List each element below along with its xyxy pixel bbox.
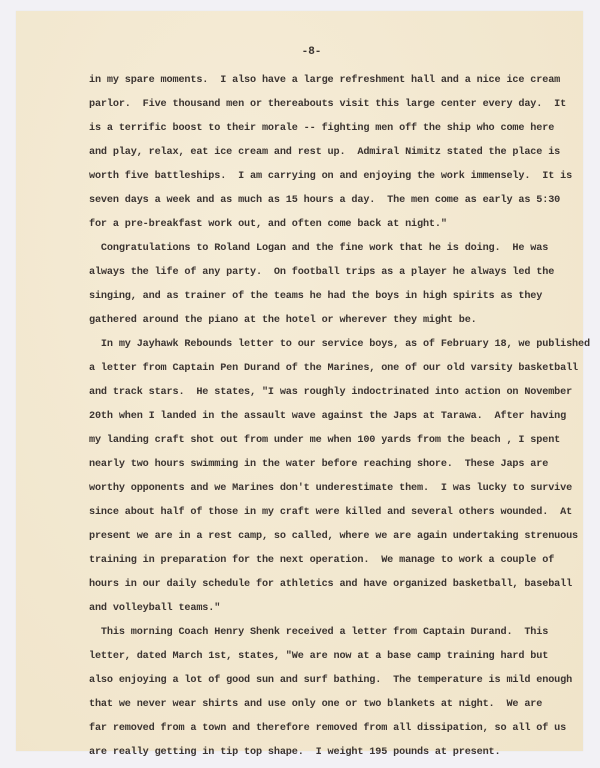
text-line: Congratulations to Roland Logan and the … [89, 243, 548, 255]
text-line: a letter from Captain Pen Durand of the … [89, 363, 578, 375]
page-number: -8- [16, 46, 583, 58]
text-line: singing, and as trainer of the teams he … [89, 291, 542, 303]
text-line: training in preparation for the next ope… [89, 555, 554, 567]
text-line: parlor. Five thousand men or thereabouts… [89, 99, 566, 111]
text-line: nearly two hours swimming in the water b… [89, 459, 548, 471]
text-line: This morning Coach Henry Shenk received … [89, 627, 548, 639]
document-page: -8- in my spare moments. I also have a l… [16, 11, 583, 751]
text-line: present we are in a rest camp, so called… [89, 531, 578, 543]
text-line: worth five battleships. I am carrying on… [89, 171, 572, 183]
text-line: always the life of any party. On footbal… [89, 267, 554, 279]
text-line: hours in our daily schedule for athletic… [89, 579, 572, 591]
text-line: that we never wear shirts and use only o… [89, 699, 542, 711]
text-line: for a pre-breakfast work out, and often … [89, 219, 447, 231]
text-line: In my Jayhawk Rebounds letter to our ser… [89, 339, 590, 351]
text-line: 20th when I landed in the assault wave a… [89, 411, 566, 423]
text-line: far removed from a town and therefore re… [89, 723, 566, 735]
text-line: is a terrific boost to their morale -- f… [89, 123, 554, 135]
text-line: since about half of those in my craft we… [89, 507, 572, 519]
text-line: and track stars. He states, "I was rough… [89, 387, 572, 399]
text-line: worthy opponents and we Marines don't un… [89, 483, 572, 495]
text-line: my landing craft shot out from under me … [89, 435, 560, 447]
text-line: gathered around the piano at the hotel o… [89, 315, 477, 327]
text-line: also enjoying a lot of good sun and surf… [89, 675, 572, 687]
text-line: and play, relax, eat ice cream and rest … [89, 147, 560, 159]
text-line: in my spare moments. I also have a large… [89, 75, 560, 87]
text-line: seven days a week and as much as 15 hour… [89, 195, 560, 207]
text-line: and volleyball teams." [89, 603, 220, 615]
text-line: are really getting in tip top shape. I w… [89, 747, 500, 759]
text-line: letter, dated March 1st, states, "We are… [89, 651, 548, 663]
